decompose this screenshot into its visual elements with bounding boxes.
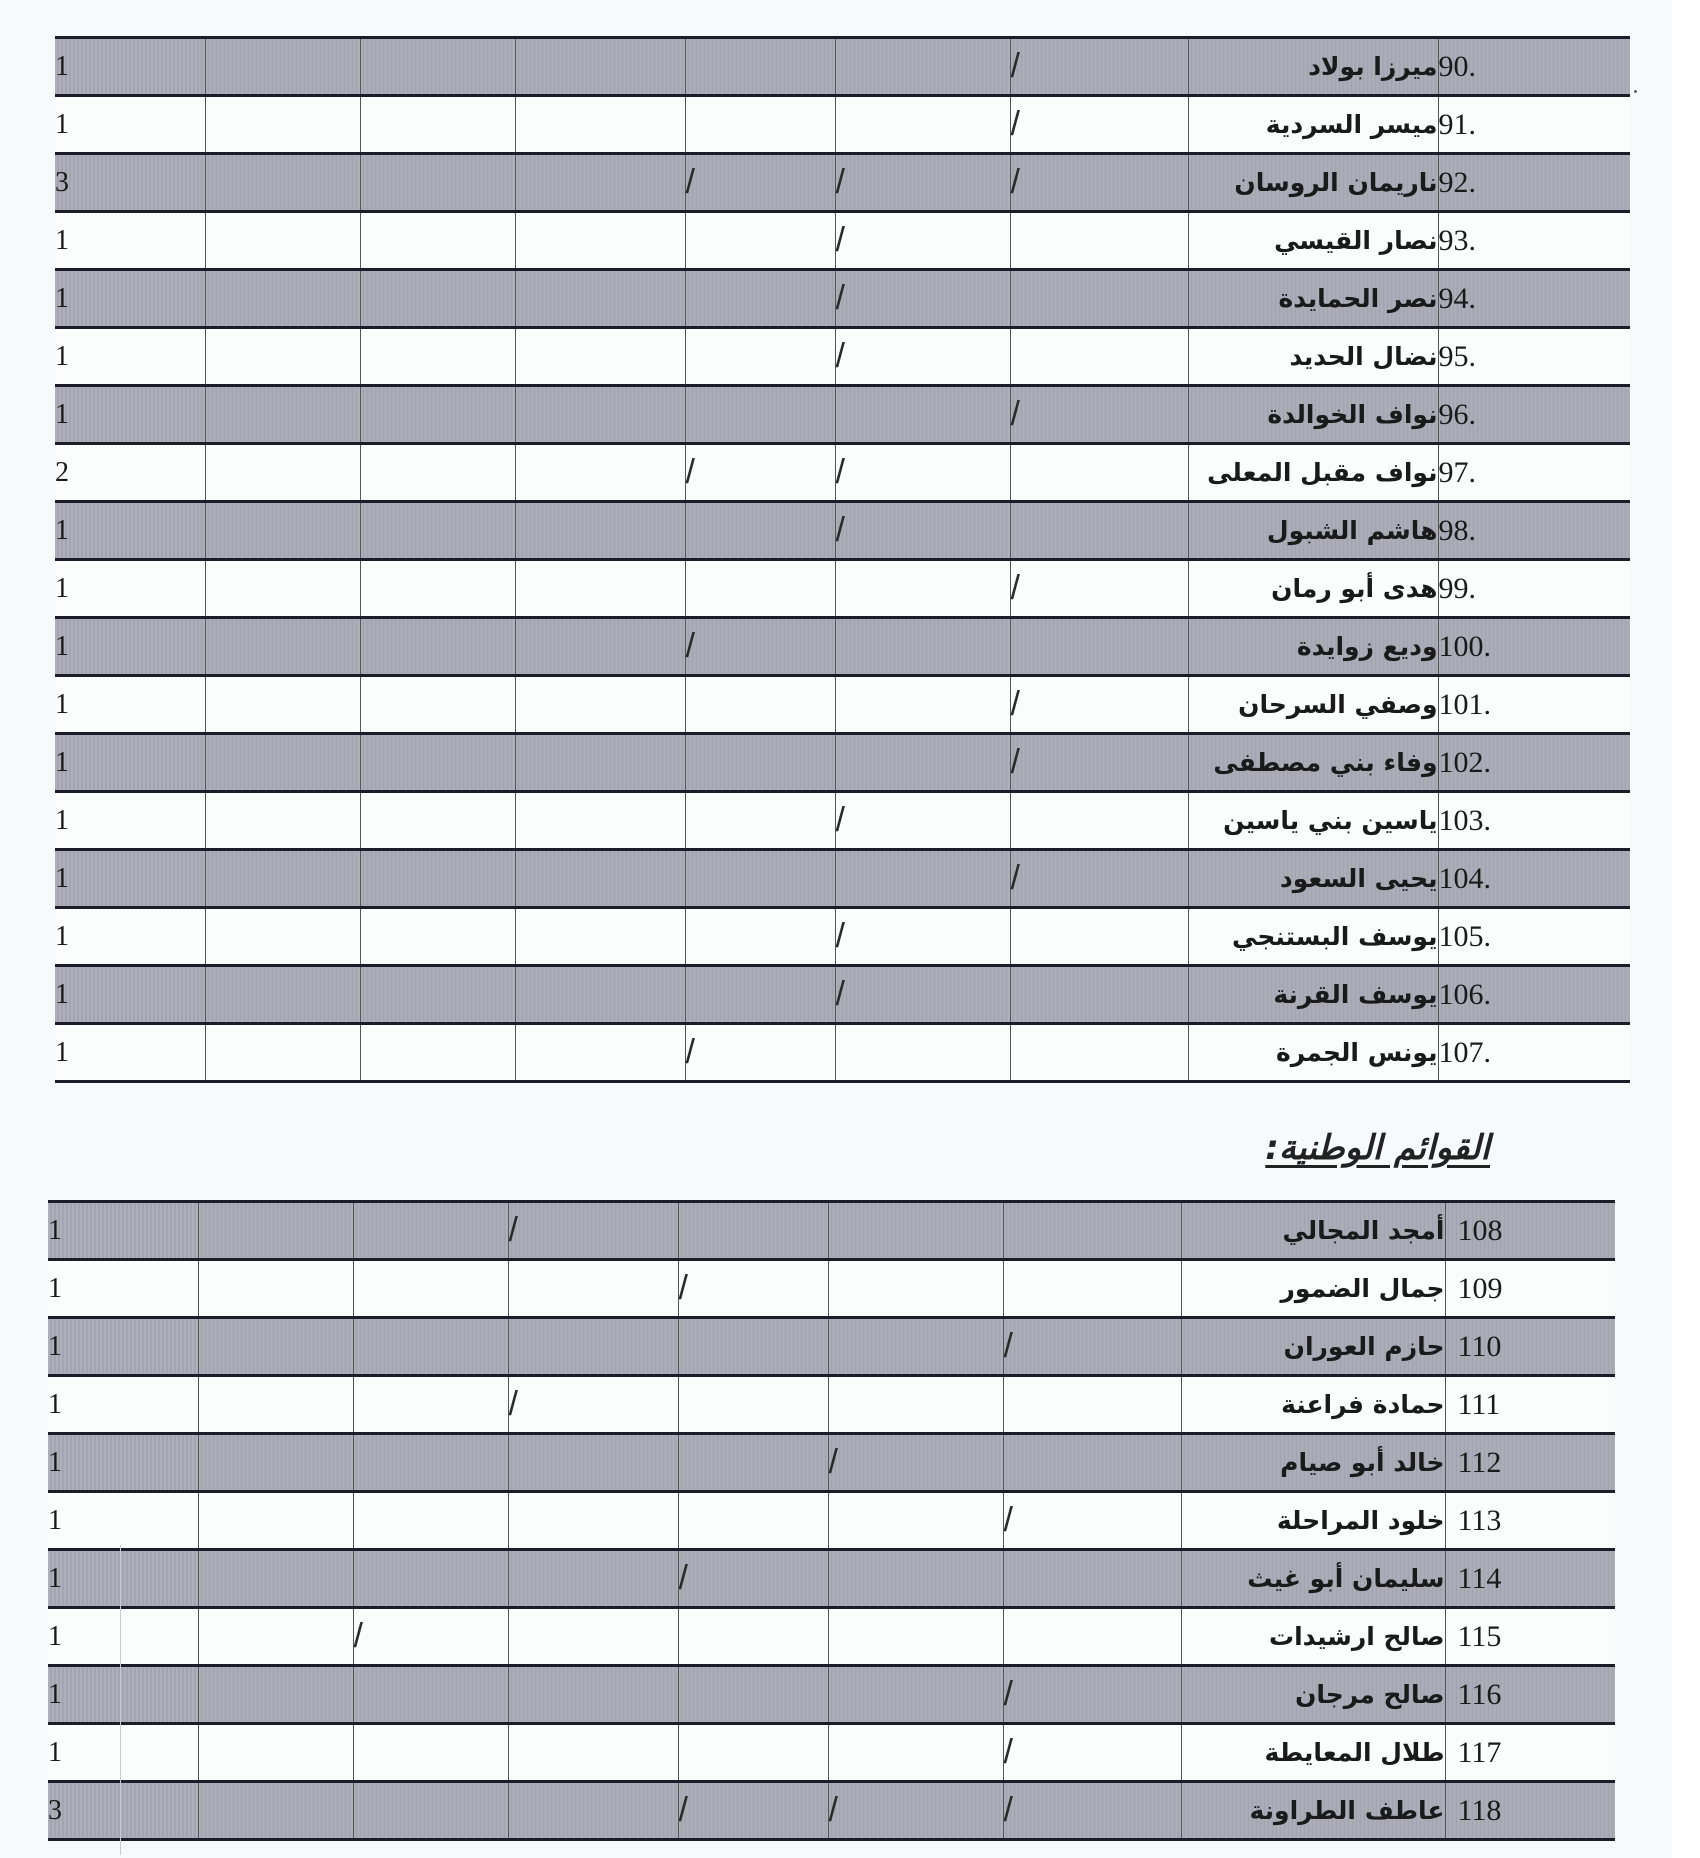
mark-cell-col1: [198, 1782, 353, 1840]
mark-cell-col2: [353, 1260, 508, 1318]
mark-cell-col2: [360, 618, 515, 676]
total-cell: 1: [48, 1434, 198, 1492]
mark-cell-col2: /: [353, 1608, 508, 1666]
mark-cell-col3: [515, 792, 685, 850]
mark-cell-col4: [685, 270, 835, 328]
total-cell: 3: [55, 154, 205, 212]
table-row: 1/أمجد المجالي108: [48, 1202, 1615, 1260]
check-mark-icon: /: [679, 1269, 688, 1307]
total-cell: 1: [48, 1666, 198, 1724]
total-cell: 1: [55, 96, 205, 154]
candidate-name: حمادة فراعنة: [1181, 1376, 1445, 1434]
mark-cell-col3: [515, 38, 685, 96]
mark-cell-col3: [515, 212, 685, 270]
check-mark-icon: /: [1004, 1675, 1013, 1713]
mark-cell-col2: [353, 1376, 508, 1434]
candidate-name: طلال المعايطة: [1181, 1724, 1445, 1782]
mark-cell-col5: [828, 1318, 1003, 1376]
row-number: 101.: [1438, 676, 1630, 734]
mark-cell-col1: [205, 676, 360, 734]
mark-cell-col6: /: [1003, 1782, 1181, 1840]
table-row: 1/حمادة فراعنة111: [48, 1376, 1615, 1434]
mark-cell-col4: [685, 328, 835, 386]
mark-cell-col5: [828, 1492, 1003, 1550]
mark-cell-col4: /: [685, 618, 835, 676]
check-mark-icon: /: [679, 1791, 688, 1829]
mark-cell-col6: /: [1010, 96, 1188, 154]
mark-cell-col2: [353, 1492, 508, 1550]
mark-cell-col5: [835, 618, 1010, 676]
mark-cell-col3: [515, 618, 685, 676]
check-mark-icon: /: [509, 1211, 518, 1249]
mark-cell-col1: [205, 502, 360, 560]
mark-cell-col2: [360, 1024, 515, 1082]
total-cell: 1: [55, 734, 205, 792]
mark-cell-col5: /: [835, 154, 1010, 212]
total-cell: 1: [55, 502, 205, 560]
mark-cell-col5: /: [835, 502, 1010, 560]
row-number: 90.: [1438, 38, 1630, 96]
total-cell: 1: [48, 1550, 198, 1608]
mark-cell-col4: [678, 1434, 828, 1492]
total-cell: 1: [48, 1724, 198, 1782]
mark-cell-col3: [515, 444, 685, 502]
mark-cell-col5: /: [835, 212, 1010, 270]
mark-cell-col3: [515, 1024, 685, 1082]
total-cell: 1: [48, 1608, 198, 1666]
mark-cell-col1: [198, 1202, 353, 1260]
table-row: 1/صالح مرجان116: [48, 1666, 1615, 1724]
mark-cell-col4: [685, 792, 835, 850]
total-cell: 1: [48, 1376, 198, 1434]
mark-cell-col1: [198, 1434, 353, 1492]
mark-cell-col5: [828, 1202, 1003, 1260]
mark-cell-col4: [685, 38, 835, 96]
mark-cell-col1: [205, 38, 360, 96]
candidate-name: هدى أبو رمان: [1188, 560, 1438, 618]
mark-cell-col1: [198, 1492, 353, 1550]
mark-cell-col4: [685, 966, 835, 1024]
total-cell: 1: [55, 560, 205, 618]
mark-cell-col5: [828, 1608, 1003, 1666]
candidate-name: أمجد المجالي: [1181, 1202, 1445, 1260]
mark-cell-col5: [835, 850, 1010, 908]
check-mark-icon: /: [1011, 395, 1020, 433]
mark-cell-col5: [828, 1550, 1003, 1608]
section-heading-national-lists: القوائم الوطنية:: [1200, 1128, 1490, 1168]
mark-cell-col2: [360, 676, 515, 734]
table-row: 1/نضال الحديد95.: [55, 328, 1630, 386]
check-mark-icon: /: [836, 453, 845, 491]
mark-cell-col2: [360, 734, 515, 792]
mark-cell-col4: [685, 560, 835, 618]
mark-cell-col3: [508, 1318, 678, 1376]
row-number: 91.: [1438, 96, 1630, 154]
check-mark-icon: /: [829, 1443, 838, 1481]
row-number: 112: [1445, 1434, 1615, 1492]
row-number: 116: [1445, 1666, 1615, 1724]
table-row: 1/صالح ارشيدات115: [48, 1608, 1615, 1666]
mark-cell-col4: [685, 908, 835, 966]
table-row: 1/جمال الضمور109: [48, 1260, 1615, 1318]
table-row: 1/وديع زوايدة100.: [55, 618, 1630, 676]
mark-cell-col3: [515, 154, 685, 212]
mark-cell-col1: [205, 908, 360, 966]
mark-cell-col3: [515, 734, 685, 792]
check-mark-icon: /: [836, 337, 845, 375]
mark-cell-col4: /: [678, 1550, 828, 1608]
mark-cell-col5: [835, 386, 1010, 444]
candidate-name: خلود المراحلة: [1181, 1492, 1445, 1550]
candidate-name: عاطف الطراونة: [1181, 1782, 1445, 1840]
mark-cell-col4: [678, 1376, 828, 1434]
mark-cell-col6: [1003, 1202, 1181, 1260]
mark-cell-col6: /: [1010, 38, 1188, 96]
candidate-name: ميرزا بولاد: [1188, 38, 1438, 96]
mark-cell-col4: [678, 1724, 828, 1782]
mark-cell-col2: [353, 1550, 508, 1608]
mark-cell-col5: [835, 734, 1010, 792]
row-number: 98.: [1438, 502, 1630, 560]
mark-cell-col5: [835, 676, 1010, 734]
mark-cell-col5: [835, 560, 1010, 618]
total-cell: 1: [55, 850, 205, 908]
mark-cell-col3: [515, 560, 685, 618]
mark-cell-col6: /: [1010, 560, 1188, 618]
mark-cell-col3: [515, 386, 685, 444]
candidate-name: يوسف البستنجي: [1188, 908, 1438, 966]
mark-cell-col2: [360, 154, 515, 212]
table-row: 1/حازم العوران110: [48, 1318, 1615, 1376]
check-mark-icon: /: [1011, 47, 1020, 85]
mark-cell-col3: [508, 1608, 678, 1666]
table-row: 1/يونس الجمرة107.: [55, 1024, 1630, 1082]
table-row: 1/خالد أبو صيام112: [48, 1434, 1615, 1492]
candidate-name: حازم العوران: [1181, 1318, 1445, 1376]
candidate-name: يحيى السعود: [1188, 850, 1438, 908]
mark-cell-col6: [1003, 1376, 1181, 1434]
total-cell: 1: [55, 1024, 205, 1082]
mark-cell-col4: [685, 502, 835, 560]
mark-cell-col6: [1010, 270, 1188, 328]
check-mark-icon: /: [686, 453, 695, 491]
mark-cell-col5: /: [835, 328, 1010, 386]
mark-cell-col4: /: [685, 444, 835, 502]
mark-cell-col2: [353, 1202, 508, 1260]
mark-cell-col3: /: [508, 1202, 678, 1260]
total-cell: 1: [55, 676, 205, 734]
mark-cell-col6: [1003, 1608, 1181, 1666]
table-row: 3///عاطف الطراونة118: [48, 1782, 1615, 1840]
row-number: 92.: [1438, 154, 1630, 212]
mark-cell-col2: [353, 1724, 508, 1782]
mark-cell-col5: [828, 1724, 1003, 1782]
mark-cell-col6: /: [1003, 1492, 1181, 1550]
row-number: 96.: [1438, 386, 1630, 444]
table-row: 2//نواف مقبل المعلى97.: [55, 444, 1630, 502]
mark-cell-col6: /: [1003, 1724, 1181, 1782]
row-number: 97.: [1438, 444, 1630, 502]
mark-cell-col2: [360, 850, 515, 908]
check-mark-icon: /: [509, 1385, 518, 1423]
check-mark-icon: /: [354, 1617, 363, 1655]
candidates-table-1: 1/ميرزا بولاد90.1/ميسر السردية91.3///نار…: [55, 36, 1630, 1083]
check-mark-icon: /: [1004, 1327, 1013, 1365]
row-number: 95.: [1438, 328, 1630, 386]
check-mark-icon: /: [836, 801, 845, 839]
total-cell: 1: [55, 270, 205, 328]
mark-cell-col6: /: [1010, 154, 1188, 212]
mark-cell-col6: [1010, 618, 1188, 676]
mark-cell-col4: /: [685, 1024, 835, 1082]
mark-cell-col2: [353, 1434, 508, 1492]
mark-cell-col6: /: [1010, 676, 1188, 734]
mark-cell-col4: [685, 734, 835, 792]
check-mark-icon: /: [836, 975, 845, 1013]
mark-cell-col4: /: [685, 154, 835, 212]
mark-cell-col4: [678, 1492, 828, 1550]
mark-cell-col2: [360, 96, 515, 154]
check-mark-icon: /: [1004, 1791, 1013, 1829]
mark-cell-col5: /: [835, 908, 1010, 966]
row-number: 110: [1445, 1318, 1615, 1376]
mark-cell-col1: [205, 734, 360, 792]
table-2-body: 1/أمجد المجالي1081/جمال الضمور1091/حازم …: [48, 1202, 1615, 1840]
mark-cell-col1: [205, 618, 360, 676]
total-cell: 1: [48, 1202, 198, 1260]
mark-cell-col1: [198, 1376, 353, 1434]
mark-cell-col3: [515, 676, 685, 734]
mark-cell-col3: [508, 1550, 678, 1608]
table-1-body: 1/ميرزا بولاد90.1/ميسر السردية91.3///نار…: [55, 38, 1630, 1082]
mark-cell-col2: [353, 1666, 508, 1724]
total-cell: 1: [48, 1492, 198, 1550]
mark-cell-col2: [353, 1318, 508, 1376]
row-number: 99.: [1438, 560, 1630, 618]
mark-cell-col5: [828, 1376, 1003, 1434]
candidate-name: نواف مقبل المعلى: [1188, 444, 1438, 502]
mark-cell-col5: [828, 1260, 1003, 1318]
check-mark-icon: /: [836, 279, 845, 317]
mark-cell-col1: [205, 212, 360, 270]
mark-cell-col2: [360, 212, 515, 270]
table-row: 1/يوسف القرنة106.: [55, 966, 1630, 1024]
row-number: 100.: [1438, 618, 1630, 676]
mark-cell-col2: [360, 328, 515, 386]
mark-cell-col5: /: [828, 1434, 1003, 1492]
mark-cell-col1: [198, 1318, 353, 1376]
mark-cell-col5: /: [835, 444, 1010, 502]
mark-cell-col2: [360, 270, 515, 328]
mark-cell-col6: [1010, 966, 1188, 1024]
mark-cell-col1: [205, 1024, 360, 1082]
mark-cell-col1: [198, 1260, 353, 1318]
mark-cell-col3: /: [508, 1376, 678, 1434]
total-cell: 3: [48, 1782, 198, 1840]
total-cell: 1: [55, 618, 205, 676]
mark-cell-col6: [1010, 502, 1188, 560]
row-number: 108: [1445, 1202, 1615, 1260]
candidate-name: سليمان أبو غيث: [1181, 1550, 1445, 1608]
table-row: 3///ناريمان الروسان92.: [55, 154, 1630, 212]
row-number: 103.: [1438, 792, 1630, 850]
row-number: 111: [1445, 1376, 1615, 1434]
mark-cell-col4: [678, 1202, 828, 1260]
candidate-name: ناريمان الروسان: [1188, 154, 1438, 212]
mark-cell-col4: [678, 1608, 828, 1666]
candidate-name: ياسين بني ياسين: [1188, 792, 1438, 850]
candidate-name: وديع زوايدة: [1188, 618, 1438, 676]
mark-cell-col5: /: [835, 966, 1010, 1024]
mark-cell-col3: [515, 328, 685, 386]
mark-cell-col1: [198, 1666, 353, 1724]
mark-cell-col3: [515, 850, 685, 908]
total-cell: 1: [55, 966, 205, 1024]
total-cell: 1: [48, 1318, 198, 1376]
candidate-name: صالح مرجان: [1181, 1666, 1445, 1724]
total-cell: 1: [55, 212, 205, 270]
table-row: 1/ميسر السردية91.: [55, 96, 1630, 154]
scan-margin-line: [120, 1545, 121, 1855]
table-row: 1/نواف الخوالدة96.: [55, 386, 1630, 444]
mark-cell-col6: /: [1010, 386, 1188, 444]
mark-cell-col6: [1010, 908, 1188, 966]
mark-cell-col1: [205, 270, 360, 328]
candidate-name: هاشم الشبول: [1188, 502, 1438, 560]
mark-cell-col4: /: [678, 1782, 828, 1840]
mark-cell-col4: [685, 386, 835, 444]
mark-cell-col4: /: [678, 1260, 828, 1318]
table-row: 1/هدى أبو رمان99.: [55, 560, 1630, 618]
row-number: 113: [1445, 1492, 1615, 1550]
row-number: 106.: [1438, 966, 1630, 1024]
mark-cell-col2: [360, 560, 515, 618]
mark-cell-col5: [835, 96, 1010, 154]
row-number: 104.: [1438, 850, 1630, 908]
check-mark-icon: /: [686, 163, 695, 201]
mark-cell-col1: [198, 1724, 353, 1782]
candidate-name: وصفي السرحان: [1188, 676, 1438, 734]
mark-cell-col1: [198, 1608, 353, 1666]
table-row: 1/نصر الحمايدة94.: [55, 270, 1630, 328]
mark-cell-col6: [1010, 212, 1188, 270]
mark-cell-col2: [360, 444, 515, 502]
mark-cell-col3: [508, 1724, 678, 1782]
mark-cell-col1: [205, 96, 360, 154]
mark-cell-col6: [1010, 328, 1188, 386]
mark-cell-col3: [508, 1434, 678, 1492]
row-number: 105.: [1438, 908, 1630, 966]
mark-cell-col3: [508, 1782, 678, 1840]
row-number: 107.: [1438, 1024, 1630, 1082]
mark-cell-col2: [360, 386, 515, 444]
mark-cell-col3: [508, 1666, 678, 1724]
check-mark-icon: /: [1011, 569, 1020, 607]
mark-cell-col5: /: [828, 1782, 1003, 1840]
mark-cell-col1: [205, 328, 360, 386]
row-number: 94.: [1438, 270, 1630, 328]
mark-cell-col6: [1003, 1260, 1181, 1318]
total-cell: 2: [55, 444, 205, 502]
mark-cell-col4: [685, 676, 835, 734]
mark-cell-col4: [685, 850, 835, 908]
total-cell: 1: [55, 328, 205, 386]
mark-cell-col6: /: [1003, 1666, 1181, 1724]
mark-cell-col6: [1010, 792, 1188, 850]
check-mark-icon: /: [1011, 743, 1020, 781]
check-mark-icon: /: [829, 1791, 838, 1829]
candidate-name: نواف الخوالدة: [1188, 386, 1438, 444]
mark-cell-col4: [685, 212, 835, 270]
mark-cell-col1: [205, 850, 360, 908]
mark-cell-col4: [685, 96, 835, 154]
mark-cell-col3: [515, 502, 685, 560]
mark-cell-col6: /: [1003, 1318, 1181, 1376]
table-row: 1/يوسف البستنجي105.: [55, 908, 1630, 966]
mark-cell-col6: [1003, 1434, 1181, 1492]
mark-cell-col3: [515, 966, 685, 1024]
check-mark-icon: /: [686, 627, 695, 665]
mark-cell-col6: /: [1010, 734, 1188, 792]
candidate-name: نضال الحديد: [1188, 328, 1438, 386]
mark-cell-col6: [1010, 444, 1188, 502]
row-number: 114: [1445, 1550, 1615, 1608]
table-row: 1/هاشم الشبول98.: [55, 502, 1630, 560]
total-cell: 1: [55, 792, 205, 850]
candidate-name: صالح ارشيدات: [1181, 1608, 1445, 1666]
check-mark-icon: /: [1011, 163, 1020, 201]
candidates-table-2: 1/أمجد المجالي1081/جمال الضمور1091/حازم …: [48, 1200, 1615, 1841]
mark-cell-col4: [678, 1318, 828, 1376]
candidate-name: نصر الحمايدة: [1188, 270, 1438, 328]
check-mark-icon: /: [1011, 859, 1020, 897]
check-mark-icon: /: [1011, 105, 1020, 143]
table-row: 1/ميرزا بولاد90.: [55, 38, 1630, 96]
page-edge: [1672, 0, 1700, 1858]
candidate-name: نصار القيسي: [1188, 212, 1438, 270]
row-number: 115: [1445, 1608, 1615, 1666]
mark-cell-col3: [515, 908, 685, 966]
table-row: 1/خلود المراحلة113: [48, 1492, 1615, 1550]
mark-cell-col1: [205, 386, 360, 444]
table-row: 1/طلال المعايطة117: [48, 1724, 1615, 1782]
mark-cell-col2: [360, 908, 515, 966]
candidate-name: جمال الضمور: [1181, 1260, 1445, 1318]
check-mark-icon: /: [1004, 1501, 1013, 1539]
mark-cell-col3: [508, 1260, 678, 1318]
mark-cell-col3: [508, 1492, 678, 1550]
mark-cell-col6: [1003, 1550, 1181, 1608]
row-number: 109: [1445, 1260, 1615, 1318]
mark-cell-col1: [205, 444, 360, 502]
mark-cell-col2: [360, 966, 515, 1024]
mark-cell-col2: [360, 38, 515, 96]
table-row: 1/ياسين بني ياسين103.: [55, 792, 1630, 850]
total-cell: 1: [55, 38, 205, 96]
check-mark-icon: /: [836, 221, 845, 259]
mark-cell-col2: [360, 792, 515, 850]
check-mark-icon: /: [836, 163, 845, 201]
mark-cell-col5: [828, 1666, 1003, 1724]
mark-cell-col2: [353, 1782, 508, 1840]
candidate-name: وفاء بني مصطفى: [1188, 734, 1438, 792]
mark-cell-col1: [205, 966, 360, 1024]
row-number: 93.: [1438, 212, 1630, 270]
check-mark-icon: /: [836, 917, 845, 955]
mark-cell-col5: [835, 38, 1010, 96]
table-row: 1/نصار القيسي93.: [55, 212, 1630, 270]
mark-cell-col5: /: [835, 792, 1010, 850]
